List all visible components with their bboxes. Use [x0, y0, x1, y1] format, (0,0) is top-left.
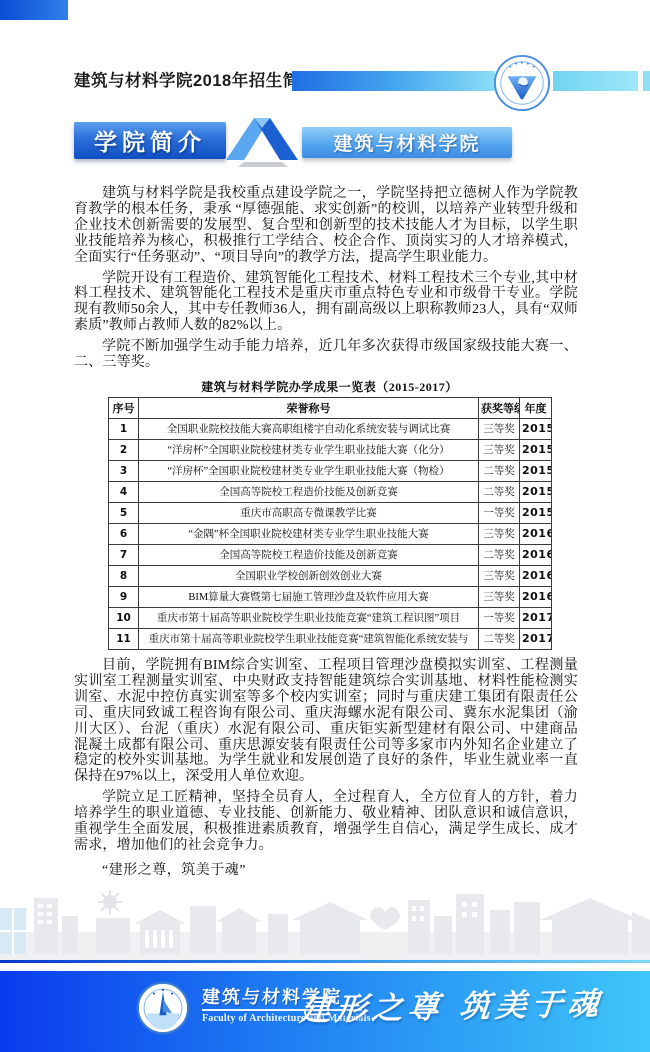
cell-year: 2017 — [520, 607, 552, 628]
cell-award: 三等奖 — [479, 418, 520, 439]
city-skyline-illustration — [0, 872, 650, 962]
col-header-year: 年度 — [520, 397, 552, 418]
cell-award: 二等奖 — [479, 460, 520, 481]
banner-right-label: 建筑与材料学院 — [333, 129, 480, 156]
header-left-bar — [0, 0, 68, 20]
closing-paragraphs: 目前，学院拥有BIM综合实训室、工程项目管理沙盘模拟实训室、工程测量实训室工程测… — [74, 658, 578, 879]
paragraph-spirit: 学院立足工匠精神，坚持全员育人，全过程育人，全方位育人的方针，着力培养学生的职业… — [74, 790, 578, 854]
cell-index: 5 — [109, 502, 139, 523]
cell-year: 2015 — [520, 460, 552, 481]
table-row: 8 全国职业学校创新创效创业大赛 三等奖 2016 — [109, 565, 552, 586]
table-row: 1 全国职业院校技能大赛高职组楼宇自动化系统安装与调试比赛 三等奖 2015 — [109, 418, 552, 439]
cell-award: 一等奖 — [479, 607, 520, 628]
cell-honor: 全国高等院校工程造价技能及创新竞赛 — [139, 544, 479, 565]
cell-honor: 全国高等院校工程造价技能及创新竞赛 — [139, 481, 479, 502]
cell-year: 2017 — [520, 628, 552, 649]
table-title: 建筑与材料学院办学成果一览表（2015-2017） — [108, 378, 551, 395]
motto-quote: “建形之尊，筑美于魂” — [74, 859, 578, 879]
cell-year: 2016 — [520, 523, 552, 544]
col-header-award: 获奖等级 — [479, 397, 520, 418]
cell-honor: “金隅”杯全国职业院校建材类专业学生职业技能大赛 — [139, 523, 479, 544]
footer-divider-line — [0, 960, 650, 963]
cell-award: 一等奖 — [479, 502, 520, 523]
achievements-table: 序号 荣誉称号 获奖等级 年度 1 全国职业院校技能大赛高职组楼宇自动化系统安装… — [108, 397, 552, 650]
table-row: 4 全国高等院校工程造价技能及创新竞赛 二等奖 2015 — [109, 481, 552, 502]
cell-year: 2015 — [520, 502, 552, 523]
page-title: 建筑与材料学院2018年招生简章 — [74, 68, 317, 94]
cell-year: 2016 — [520, 586, 552, 607]
footer-band: 建筑与材料学院 Faculty of Architecture and Mate… — [0, 971, 650, 1052]
cell-honor: “洋房杯”全国职业院校建材类专业学生职业技能大赛（化分） — [139, 439, 479, 460]
paragraph-intro: 建筑与材料学院是我校重点建设学院之一，学院坚持把立德树人作为学院教育教学的根本任… — [74, 186, 578, 266]
banner-right-ribbon: 建筑与材料学院 — [302, 127, 512, 158]
brochure-page: 建筑与材料学院2018年招生简章 学院简介 建筑与材料学院 — [0, 0, 650, 1052]
cell-honor: “洋房杯”全国职业院校建材类专业学生职业技能大赛（物检） — [139, 460, 479, 481]
table-row: 9 BIM算量大赛暨第七届施工管理沙盘及软件应用大赛 三等奖 2016 — [109, 586, 552, 607]
school-emblem-icon — [493, 54, 551, 112]
cell-index: 6 — [109, 523, 139, 544]
cell-index: 3 — [109, 460, 139, 481]
section-banner: 学院简介 建筑与材料学院 — [74, 116, 468, 168]
main-content: 建筑与材料学院是我校重点建设学院之一，学院坚持把立德树人作为学院教育教学的根本任… — [74, 186, 578, 879]
table-row: 10 重庆市第十届高等职业院校学生职业技能竞赛“建筑工程识图”项目 一等奖 20… — [109, 607, 552, 628]
banner-left-label: 学院简介 — [94, 124, 206, 157]
cell-award: 三等奖 — [479, 565, 520, 586]
cell-index: 8 — [109, 565, 139, 586]
header-edge-bar — [643, 71, 650, 91]
cell-award: 二等奖 — [479, 628, 520, 649]
cell-index: 4 — [109, 481, 139, 502]
banner-left-ribbon: 学院简介 — [74, 122, 226, 159]
header-middle-bar — [292, 71, 495, 91]
cell-award: 二等奖 — [479, 481, 520, 502]
cell-honor: 重庆市高职高专微课教学比赛 — [139, 502, 479, 523]
cell-year: 2016 — [520, 544, 552, 565]
table-row: 2 “洋房杯”全国职业院校建材类专业学生职业技能大赛（化分） 三等奖 2015 — [109, 439, 552, 460]
cell-honor: 全国职业学校创新创效创业大赛 — [139, 565, 479, 586]
cell-honor: 重庆市第十届高等职业院校学生职业技能竞赛“建筑工程识图”项目 — [139, 607, 479, 628]
paragraph-facilities: 目前，学院拥有BIM综合实训室、工程项目管理沙盘模拟实训室、工程测量实训室工程测… — [74, 658, 578, 785]
cell-honor: 重庆市第十届高等职业院校学生职业技能竞赛“建筑智能化系统安装与 — [139, 628, 479, 649]
cell-award: 三等奖 — [479, 523, 520, 544]
cell-honor: 全国职业院校技能大赛高职组楼宇自动化系统安装与调试比赛 — [139, 418, 479, 439]
cell-year: 2016 — [520, 565, 552, 586]
cell-index: 7 — [109, 544, 139, 565]
cell-award: 三等奖 — [479, 586, 520, 607]
header-right-bar — [553, 71, 638, 91]
banner-fold-arrow-icon — [220, 114, 310, 168]
table-row: 3 “洋房杯”全国职业院校建材类专业学生职业技能大赛（物检） 二等奖 2015 — [109, 460, 552, 481]
cell-year: 2015 — [520, 439, 552, 460]
table-row: 5 重庆市高职高专微课教学比赛 一等奖 2015 — [109, 502, 552, 523]
cell-award: 三等奖 — [479, 439, 520, 460]
paragraph-awards: 学院不断加强学生动手能力培养，近几年多次获得市级国家级技能大赛一、二、三等奖。 — [74, 339, 578, 371]
cell-award: 二等奖 — [479, 544, 520, 565]
paragraph-majors: 学院开设有工程造价、建筑智能化工程技术、材料工程技术三个专业,其中材料工程技术、… — [74, 271, 578, 335]
cell-honor: BIM算量大赛暨第七届施工管理沙盘及软件应用大赛 — [139, 586, 479, 607]
col-header-honor: 荣誉称号 — [139, 397, 479, 418]
col-header-index: 序号 — [109, 397, 139, 418]
cell-year: 2015 — [520, 418, 552, 439]
cell-index: 11 — [109, 628, 139, 649]
table-row: 6 “金隅”杯全国职业院校建材类专业学生职业技能大赛 三等奖 2016 — [109, 523, 552, 544]
table-header-row: 序号 荣誉称号 获奖等级 年度 — [109, 397, 552, 418]
footer-slogan-calligraphy: 建形之尊 筑美于魂 — [298, 977, 632, 1029]
cell-index: 2 — [109, 439, 139, 460]
cell-index: 9 — [109, 586, 139, 607]
cell-index: 10 — [109, 607, 139, 628]
cell-year: 2015 — [520, 481, 552, 502]
college-logo-icon — [136, 981, 190, 1035]
table-row: 11 重庆市第十届高等职业院校学生职业技能竞赛“建筑智能化系统安装与 二等奖 2… — [109, 628, 552, 649]
table-row: 7 全国高等院校工程造价技能及创新竞赛 二等奖 2016 — [109, 544, 552, 565]
cell-index: 1 — [109, 418, 139, 439]
